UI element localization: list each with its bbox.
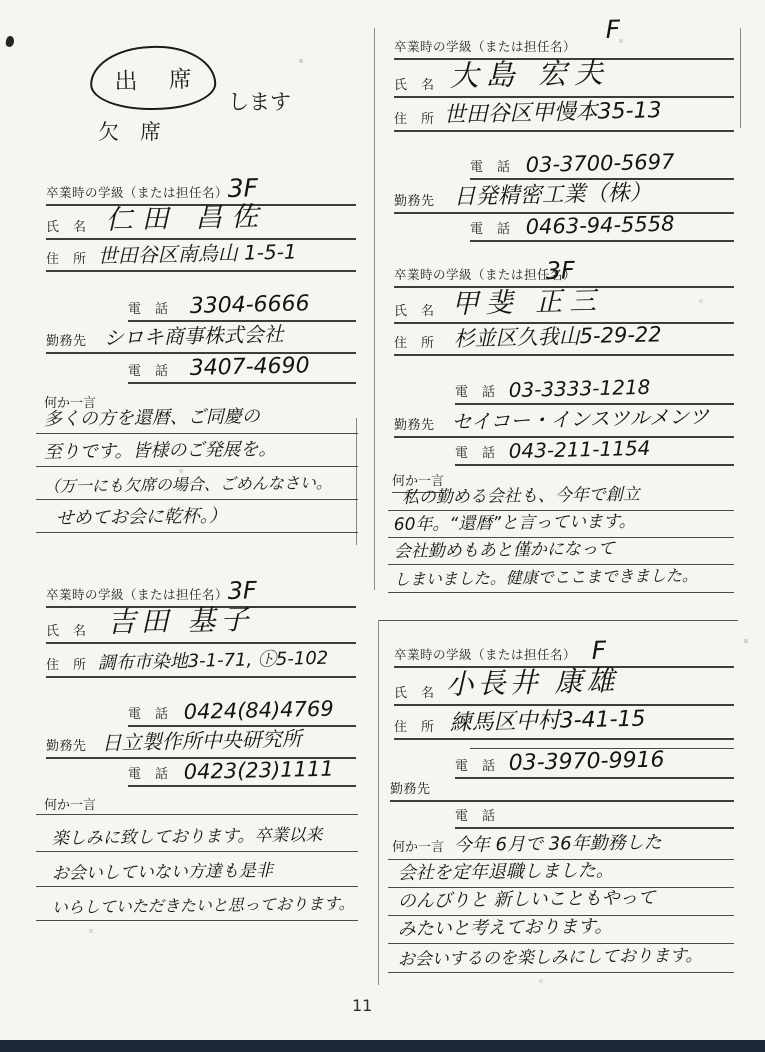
form1-workplace-phone-row: 電 話 3407-4690 <box>128 354 356 384</box>
page-right-edge-line <box>740 28 741 128</box>
form3-workplace-row: 勤務先 日発精密工業（株） <box>394 180 734 214</box>
workplace-label: 勤務先 <box>46 735 87 754</box>
form1-comment-text-2: 至りです。皆様のご発展を。 <box>44 435 277 464</box>
form5-comment-text-1: 今年 6月で 36年勤務した <box>454 828 662 857</box>
form2-workplace-phone-row: 電 話 0423(23)1111 <box>128 759 356 787</box>
form2-comment-line: 楽しみに致しております。卒業以来 <box>36 816 358 852</box>
form5-comment-text-5: お会いするのを楽しみにしております。 <box>398 941 703 970</box>
form4-comment-text-3: 会社勤めもあと僅かになって <box>394 534 615 562</box>
form5-address-value: 練馬区中村3-41-15 <box>449 702 646 737</box>
form5-left-border <box>378 620 379 985</box>
form5-phone-value: 03-3970-9916 <box>508 747 664 776</box>
address-label: 住 所 <box>46 248 87 267</box>
name-label: 氏 名 <box>46 620 87 639</box>
scan-bottom-edge <box>0 1040 765 1052</box>
phone-label: 電 話 <box>455 442 496 461</box>
form1-address-row: 住 所 世田谷区南烏山 1-5-1 <box>46 240 356 272</box>
form5-comment-line: みたいと考えております。 <box>388 916 734 944</box>
name-label: 氏 名 <box>394 300 435 319</box>
column-divider-line <box>374 28 375 590</box>
form1-workplace-value: シロキ商事株式会社 <box>103 318 284 351</box>
form5-comment-text-3: のんびりと 新しいこともやって <box>398 883 656 913</box>
form3-workplace-phone-value: 0463-94-5558 <box>525 212 674 239</box>
form3-phone-row: 電 話 03-3700-5697 <box>470 150 734 180</box>
form2-comment-text-3: いらしていただきたいと思っております。 <box>52 891 355 918</box>
form4-phone-value: 03-3333-1218 <box>508 375 650 402</box>
form1-comment-line: 多くの方を還暦、ご同慶の <box>36 404 358 434</box>
attendance-attend-label: 出 席 <box>102 60 204 97</box>
form2-comment-text-1: 楽しみに致しております。卒業以来 <box>52 820 323 849</box>
form2-workplace-phone-value: 0423(23)1111 <box>183 757 334 784</box>
form4-name-row: 氏 名 甲斐 正三 <box>394 288 734 324</box>
form4-comment-line: 会社勤めもあと僅かになって <box>388 538 734 565</box>
form1-workplace-row: 勤務先 シロキ商事株式会社 <box>46 322 356 354</box>
phone-label: 電 話 <box>455 755 496 774</box>
attendance-absent-label: 欠 席 <box>98 116 161 146</box>
form1-workplace-phone-value: 3407-4690 <box>189 353 309 381</box>
address-label: 住 所 <box>394 332 435 351</box>
form4-workplace-value: セイコー・インスツルメンツ <box>451 400 709 435</box>
attendance-circle: 出 席 <box>89 44 217 112</box>
page-number: 11 <box>352 996 372 1015</box>
form4-workplace-phone-row: 電 話 043-211-1154 <box>455 438 734 466</box>
form4-comment-text-4: しまいました。健康でここまできました。 <box>394 563 698 590</box>
phone-label: 電 話 <box>128 298 169 317</box>
form2-name-value: 吉田 基子 <box>107 598 254 641</box>
attendance-suffix-label: します <box>228 86 291 116</box>
form1-comment-text-3: （万一にも欠席の場合、ごめんなさい。 <box>44 470 332 497</box>
form2-comment-text-2: お会いしていない方達も是非 <box>52 856 273 884</box>
form3-phone-value: 03-3700-5697 <box>525 150 674 177</box>
name-label: 氏 名 <box>394 74 435 93</box>
form4-workplace-row: 勤務先 セイコー・インスツルメンツ <box>394 406 734 438</box>
form2-phone-row: 電 話 0424(84)4769 <box>128 698 356 727</box>
form3-address-value: 世田谷区甲慢本35-13 <box>443 93 662 129</box>
name-label: 氏 名 <box>394 682 435 701</box>
form4-comment-text-1: 私の勤める会社も、今年で創立 <box>402 480 640 508</box>
form5-name-value: 小長井 康雄 <box>445 659 619 703</box>
address-label: 住 所 <box>394 108 435 127</box>
form3-name-value: 大島 宏夫 <box>449 50 610 95</box>
comment-label: 何か一言 <box>44 794 96 813</box>
form4-name-value: 甲斐 正三 <box>451 279 603 321</box>
form2-name-row: 氏 名 吉田 基子 <box>46 608 356 644</box>
form4-workplace-phone-value: 043-211-1154 <box>508 436 650 463</box>
scan-speckles <box>0 0 2 2</box>
form5-name-row: 氏 名 小長井 康雄 <box>394 668 734 706</box>
form2-comment-label-row: 何か一言 <box>36 794 358 815</box>
form3-workplace-phone-row: 電 話 0463-94-5558 <box>470 214 734 242</box>
form5-comment-line: お会いするのを楽しみにしております。 <box>388 944 734 973</box>
form2-workplace-value: 日立製作所中央研究所 <box>101 722 302 756</box>
phone-label: 電 話 <box>128 763 169 782</box>
workplace-label: 勤務先 <box>46 330 87 349</box>
form1-comment-line: 至りです。皆様のご発展を。 <box>36 434 358 467</box>
phone-label: 電 話 <box>470 156 511 175</box>
form2-address-row: 住 所 調布市染地3-1-71, ㋣5-102 <box>46 644 356 678</box>
form3-grade-value: F <box>605 15 620 44</box>
form2-phone-value: 0424(84)4769 <box>183 697 334 724</box>
phone-label: 電 話 <box>128 360 169 379</box>
form2-workplace-row: 勤務先 日立製作所中央研究所 <box>46 727 356 759</box>
form5-top-border <box>378 620 738 621</box>
form5-blank-line <box>470 740 734 749</box>
form1-comment-line: せめてお会に乾杯。） <box>36 500 358 533</box>
address-label: 住 所 <box>46 654 87 673</box>
phone-label: 電 話 <box>455 381 496 400</box>
form1-name-row: 氏 名 仁田 昌佐 <box>46 206 356 240</box>
form1-comment-text-4: せめてお会に乾杯。） <box>56 502 227 530</box>
form1-phone-value: 3304-6666 <box>189 291 309 319</box>
form5-comment-text-2: 会社を定年退職しました。 <box>398 856 614 885</box>
form5-workplace-phone-row: 電 話 <box>455 804 734 829</box>
form1-name-value: 仁田 昌佐 <box>105 194 267 237</box>
form1-comment-line: （万一にも欠席の場合、ごめんなさい。 <box>36 467 358 500</box>
form2-address-value: 調布市染地3-1-71, ㋣5-102 <box>97 644 328 675</box>
workplace-label: 勤務先 <box>394 190 435 209</box>
phone-label: 電 話 <box>128 703 169 722</box>
form2-comment-line: いらしていただきたいと思っております。 <box>36 887 358 921</box>
form4-address-row: 住 所 杉並区久我山5-29-22 <box>394 324 734 356</box>
form1-phone-row: 電 話 3304-6666 <box>128 292 356 322</box>
form3-address-row: 住 所 世田谷区甲慢本35-13 <box>394 98 734 132</box>
scanned-reply-form-page: 出 席 します 欠 席 卒業時の学級（または担任名） 3F 氏 名 仁田 昌佐 … <box>0 0 765 1052</box>
form4-comment-text-2: 60年。“還暦”と言っています。 <box>394 507 636 535</box>
form5-address-row: 住 所 練馬区中村3-41-15 <box>394 706 734 740</box>
form2-comment-line: お会いしていない方達も是非 <box>36 852 358 887</box>
form4-comment-line: しまいました。健康でここまできました。 <box>388 565 734 593</box>
form5-workplace-row: 勤務先 <box>390 782 734 802</box>
form3-name-row: 氏 名 大島 宏夫 <box>394 60 734 98</box>
address-label: 住 所 <box>394 716 435 735</box>
form4-address-value: 杉並区久我山5-29-22 <box>453 318 662 353</box>
scan-smudge <box>5 35 15 47</box>
form5-phone-row: 電 話 03-3970-9916 <box>455 750 734 779</box>
workplace-label: 勤務先 <box>390 778 431 797</box>
form5-comment-text-4: みたいと考えております。 <box>398 912 613 941</box>
name-label: 氏 名 <box>46 216 87 235</box>
form3-workplace-value: 日発精密工業（株） <box>453 176 652 211</box>
workplace-label: 勤務先 <box>394 414 435 433</box>
form1-comment-text-1: 多くの方を還暦、ご同慶の <box>44 402 260 431</box>
phone-label: 電 話 <box>455 805 496 824</box>
phone-label: 電 話 <box>470 218 511 237</box>
form1-address-value: 世田谷区南烏山 1-5-1 <box>97 235 297 269</box>
comment-label: 何か一言 <box>392 836 444 855</box>
